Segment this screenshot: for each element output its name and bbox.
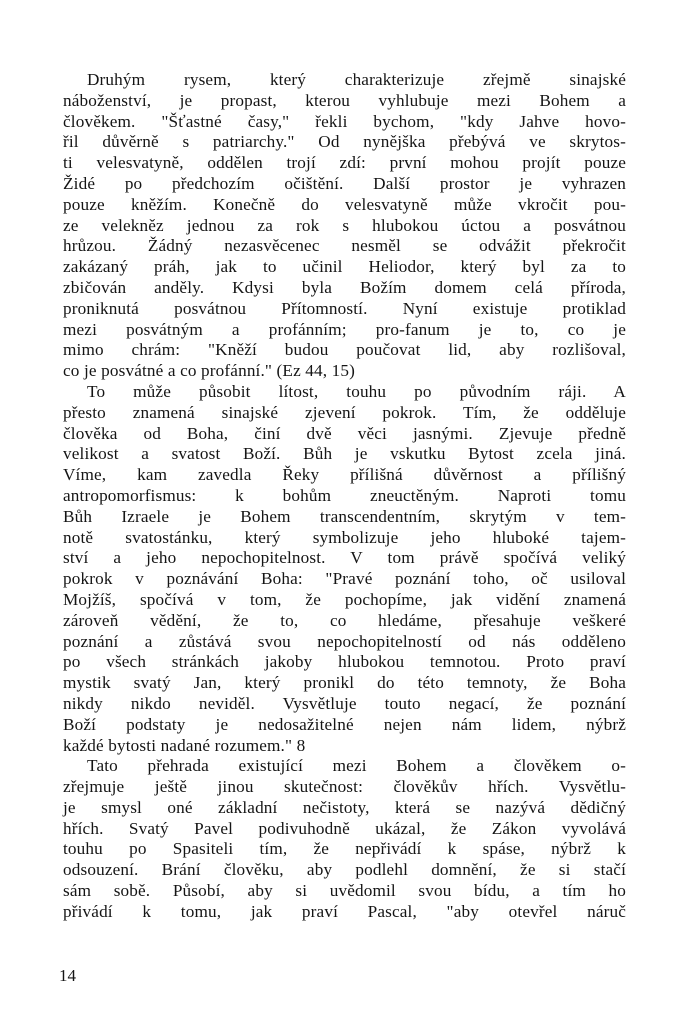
text-line: pouze kněžím. Konečně do velesvatyně můž… [63, 195, 626, 216]
text-line: zřejmuje ještě jinou skutečnost: člověků… [63, 777, 626, 798]
text-line: člověka od Boha, činí dvě věci jasnými. … [63, 424, 626, 445]
text-line: přesto znamená sinajské zjevení pokrok. … [63, 403, 626, 424]
page-number: 14 [59, 966, 76, 986]
text-line: náboženství, je propast, kterou vyhlubuj… [63, 91, 626, 112]
text-line: Mojžíš, spočívá v tom, že pochopíme, jak… [63, 590, 626, 611]
text-line: zbičován anděly. Kdysi byla Božím domem … [63, 278, 626, 299]
book-page: Druhým rysem, který charakterizuje zřejm… [0, 0, 694, 1035]
text-line: ze velekněz jednou za rok s hlubokou úct… [63, 216, 626, 237]
text-line: Bůh Izraele je Bohem transcendentním, sk… [63, 507, 626, 528]
text-line: nikdy nikdo neviděl. Vysvětluje touto ne… [63, 694, 626, 715]
text-line: mezi posvátným a profánním; pro-fanum je… [63, 320, 626, 341]
text-line: zakázaný práh, jak to učinil Heliodor, k… [63, 257, 626, 278]
text-line: sám sobě. Působí, aby si uvědomil svou b… [63, 881, 626, 902]
text-line: Tato přehrada existující mezi Bohem a čl… [63, 756, 626, 777]
text-line: Židé po předchozím očištění. Další prost… [63, 174, 626, 195]
text-line: řil důvěrně s patriarchy." Od nynějška p… [63, 132, 626, 153]
text-line: touhu po Spasiteli tím, že nepřivádí k s… [63, 839, 626, 860]
text-line: To může působit lítost, touhu po původní… [63, 382, 626, 403]
text-line: po všech stránkách jakoby hlubokou temno… [63, 652, 626, 673]
text-line: odsouzení. Brání člověku, aby podlehl do… [63, 860, 626, 881]
text-line: proniknutá posvátnou Přítomností. Nyní e… [63, 299, 626, 320]
text-line: je smysl oné základní nečistoty, která s… [63, 798, 626, 819]
text-line: notě svatostánku, který symbolizuje jeho… [63, 528, 626, 549]
text-line: poznání a zůstává svou nepochopitelností… [63, 632, 626, 653]
text-line: ství a jeho nepochopitelnost. V tom práv… [63, 548, 626, 569]
text-line: Boží podstaty je nedosažitelné nejen nám… [63, 715, 626, 736]
text-line: mimo chrám: "Kněží budou poučovat lid, a… [63, 340, 626, 361]
text-line: Druhým rysem, který charakterizuje zřejm… [63, 70, 626, 91]
text-line: mystik svatý Jan, který pronikl do této … [63, 673, 626, 694]
text-line: co je posvátné a co profánní." (Ez 44, 1… [63, 361, 626, 382]
text-line: přivádí k tomu, jak praví Pascal, "aby o… [63, 902, 626, 923]
text-line: zároveň vědění, že to, co hledáme, přesa… [63, 611, 626, 632]
text-line: hrůzou. Žádný nezasvěcenec nesměl se odv… [63, 236, 626, 257]
text-line: pokrok v poznávání Boha: "Pravé poznání … [63, 569, 626, 590]
text-line: každé bytosti nadané rozumem." 8 [63, 736, 626, 757]
text-line: člověkem. "Šťastné časy," řekli bychom, … [63, 112, 626, 133]
text-line: antropomorfismus: k bohům zneuctěným. Na… [63, 486, 626, 507]
body-text: Druhým rysem, který charakterizuje zřejm… [63, 70, 626, 923]
text-line: Víme, kam zavedla Řeky přílišná důvěrnos… [63, 465, 626, 486]
text-line: ti velesvatyně, oddělen trojí zdí: první… [63, 153, 626, 174]
text-line: hřích. Svatý Pavel podivuhodně ukázal, ž… [63, 819, 626, 840]
text-line: velikost a svatost Boží. Bůh je vskutku … [63, 444, 626, 465]
